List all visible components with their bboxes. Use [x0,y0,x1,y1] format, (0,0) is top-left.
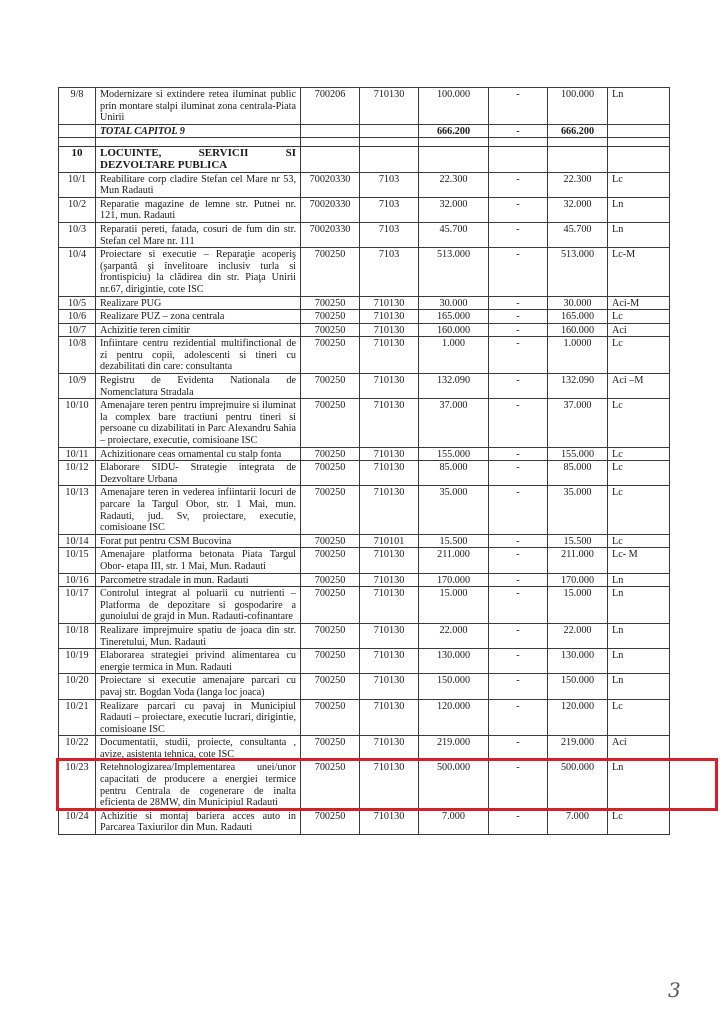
row-number [59,124,96,138]
row-other-value: - [489,374,548,399]
row-source [608,138,670,147]
row-description: Documentatii, studii, proiecte, consulta… [96,736,301,761]
row-total: 132.090 [548,374,608,399]
row-total: 211.000 [548,548,608,573]
row-value: 22.000 [419,623,489,648]
row-description: Achizitie si montaj bariera acces auto i… [96,809,301,834]
row-description: Amenajare teren in vederea infiintarii l… [96,486,301,534]
row-source: Ln [608,587,670,624]
row-other-value: - [489,587,548,624]
row-source: Aci [608,323,670,337]
row-number: 10/15 [59,548,96,573]
row-other-value: - [489,534,548,548]
row-other-value: - [489,461,548,486]
row-value [419,138,489,147]
row-other-value: - [489,222,548,247]
row-source: Lc [608,461,670,486]
row-description: Parcometre stradale in mun. Radauti [96,573,301,587]
row-code-1: 700250 [301,447,360,461]
row-number: 10/10 [59,399,96,447]
budget-table: 9/8Modernizare si extindere retea ilumin… [58,87,670,835]
row-code-1: 700250 [301,761,360,809]
row-total [548,138,608,147]
row-total: 150.000 [548,674,608,699]
row-code-1: 700250 [301,461,360,486]
row-code-1: 700250 [301,534,360,548]
row-value: 130.000 [419,649,489,674]
row-code-1: 700250 [301,587,360,624]
row-other-value: - [489,399,548,447]
row-source [608,147,670,172]
row-number: 10/11 [59,447,96,461]
row-source: Lc- M [608,548,670,573]
row-source: Lc [608,447,670,461]
row-source: Lc [608,534,670,548]
row-value: 22.300 [419,172,489,197]
row-number: 10/14 [59,534,96,548]
row-description: Proiectare si executie amenajare parcari… [96,674,301,699]
row-code-2: 7103 [360,197,419,222]
table-row: 9/8Modernizare si extindere retea ilumin… [59,88,670,125]
row-other-value: - [489,573,548,587]
row-total: 155.000 [548,447,608,461]
row-description: LOCUINTE, SERVICII SI DEZVOLTARE PUBLICA [96,147,301,172]
row-code-1 [301,147,360,172]
row-total: 7.000 [548,809,608,834]
row-source: Ln [608,573,670,587]
table-row: 10/2Reparatie magazine de lemne str. Put… [59,197,670,222]
row-other-value: - [489,623,548,648]
row-number: 10/2 [59,197,96,222]
row-code-2: 710130 [360,649,419,674]
row-description: Realizare PUZ – zona centrala [96,310,301,324]
row-number: 10/24 [59,809,96,834]
row-description: Forat put pentru CSM Bucovina [96,534,301,548]
row-total: 35.000 [548,486,608,534]
row-number: 9/8 [59,88,96,125]
row-source: Lc [608,337,670,374]
row-code-1: 70020330 [301,172,360,197]
row-code-2: 710130 [360,88,419,125]
row-description: Modernizare si extindere retea iluminat … [96,88,301,125]
row-code-2: 7103 [360,248,419,296]
table-row: 10/23Retehnologizarea/Implementarea unei… [59,761,670,809]
row-code-2: 710130 [360,699,419,736]
row-code-2: 710130 [360,296,419,310]
table-row: 10/15Amenajare platforma betonata Piata … [59,548,670,573]
row-total: 22.000 [548,623,608,648]
table-row: 10/11Achizitionare ceas ornamental cu st… [59,447,670,461]
row-source: Lc [608,699,670,736]
row-number: 10/18 [59,623,96,648]
row-number [59,138,96,147]
table-row: 10/7Achizitie teren cimitir7002507101301… [59,323,670,337]
row-other-value: - [489,548,548,573]
row-code-1: 700250 [301,736,360,761]
row-number: 10/22 [59,736,96,761]
row-code-1: 700250 [301,699,360,736]
row-number: 10/16 [59,573,96,587]
row-description: Achizitie teren cimitir [96,323,301,337]
row-number: 10/1 [59,172,96,197]
row-code-2: 710130 [360,809,419,834]
row-value: 500.000 [419,761,489,809]
row-total: 219.000 [548,736,608,761]
row-code-2: 7103 [360,172,419,197]
row-description: Realizare imprejmuire spatiu de joaca di… [96,623,301,648]
budget-table-body: 9/8Modernizare si extindere retea ilumin… [59,88,670,835]
row-code-2: 7103 [360,222,419,247]
row-description: Realizare parcari cu pavaj in Municipiul… [96,699,301,736]
row-total: 130.000 [548,649,608,674]
row-code-2: 710130 [360,399,419,447]
row-code-1 [301,124,360,138]
row-value: 45.700 [419,222,489,247]
row-value: 666.200 [419,124,489,138]
row-value: 15.500 [419,534,489,548]
table-row: 10/4Proiectare si executie – Reparaţie a… [59,248,670,296]
document-page: 9/8Modernizare si extindere retea ilumin… [0,0,725,1024]
row-value: 513.000 [419,248,489,296]
row-other-value: - [489,296,548,310]
row-code-2: 710130 [360,374,419,399]
table-row: 10/12Elaborare SIDU- Strategie integrata… [59,461,670,486]
row-number: 10/20 [59,674,96,699]
row-total: 1.0000 [548,337,608,374]
row-description: Achizitionare ceas ornamental cu stalp f… [96,447,301,461]
row-description: Amenajare teren pentru imprejmuire si il… [96,399,301,447]
row-number: 10/8 [59,337,96,374]
row-source: Aci –M [608,374,670,399]
row-value [419,147,489,172]
row-total: 666.200 [548,124,608,138]
row-description: Reparatie magazine de lemne str. Putnei … [96,197,301,222]
page-number: 3 [668,978,681,1002]
row-code-2: 710130 [360,548,419,573]
row-number: 10 [59,147,96,172]
row-code-1: 700250 [301,548,360,573]
row-code-2: 710130 [360,486,419,534]
table-row: 10/1Reabilitare corp cladire Stefan cel … [59,172,670,197]
row-code-2: 710130 [360,587,419,624]
chapter-row: 10LOCUINTE, SERVICII SI DEZVOLTARE PUBLI… [59,147,670,172]
row-source: Ln [608,674,670,699]
row-other-value: - [489,649,548,674]
row-description: Controlul integrat al poluarii cu nutrie… [96,587,301,624]
row-description: Registru de Evidenta Nationala de Nomenc… [96,374,301,399]
row-code-2: 710130 [360,461,419,486]
row-source: Lc [608,172,670,197]
row-value: 219.000 [419,736,489,761]
row-source: Ln [608,88,670,125]
row-description: Reabilitare corp cladire Stefan cel Mare… [96,172,301,197]
row-other-value: - [489,337,548,374]
row-total: 30.000 [548,296,608,310]
row-other-value: - [489,699,548,736]
row-code-2: 710130 [360,623,419,648]
row-total: 22.300 [548,172,608,197]
row-description: Amenajare platforma betonata Piata Targu… [96,548,301,573]
row-other-value: - [489,809,548,834]
row-value: 211.000 [419,548,489,573]
row-code-1: 700250 [301,310,360,324]
row-description: Retehnologizarea/Implementarea unei/unor… [96,761,301,809]
row-code-1: 700206 [301,88,360,125]
row-other-value: - [489,736,548,761]
row-total: 160.000 [548,323,608,337]
row-other-value: - [489,88,548,125]
row-other-value: - [489,761,548,809]
row-code-2: 710101 [360,534,419,548]
row-source: Lc [608,486,670,534]
row-total: 170.000 [548,573,608,587]
row-total: 15.500 [548,534,608,548]
row-total: 513.000 [548,248,608,296]
row-source: Ln [608,649,670,674]
row-number: 10/4 [59,248,96,296]
row-value: 165.000 [419,310,489,324]
row-code-2: 710130 [360,736,419,761]
row-number: 10/17 [59,587,96,624]
row-value: 35.000 [419,486,489,534]
row-total: 165.000 [548,310,608,324]
table-row: 10/8Infiintare centru rezidential multif… [59,337,670,374]
row-number: 10/23 [59,761,96,809]
table-row: 10/16Parcometre stradale in mun. Radauti… [59,573,670,587]
row-code-1: 700250 [301,573,360,587]
row-source: Ln [608,222,670,247]
row-total: 120.000 [548,699,608,736]
row-other-value: - [489,124,548,138]
row-code-2: 710130 [360,310,419,324]
row-code-2: 710130 [360,337,419,374]
row-source [608,124,670,138]
row-value: 85.000 [419,461,489,486]
row-value: 150.000 [419,674,489,699]
row-code-1: 700250 [301,809,360,834]
row-other-value: - [489,486,548,534]
row-source: Lc [608,399,670,447]
row-other-value [489,147,548,172]
row-value: 120.000 [419,699,489,736]
table-row: 10/17Controlul integrat al poluarii cu n… [59,587,670,624]
row-code-1: 700250 [301,623,360,648]
row-total: 85.000 [548,461,608,486]
row-value: 160.000 [419,323,489,337]
row-source: Ln [608,623,670,648]
row-other-value [489,138,548,147]
row-value: 100.000 [419,88,489,125]
row-code-2: 710130 [360,573,419,587]
row-total: 500.000 [548,761,608,809]
row-number: 10/6 [59,310,96,324]
row-code-1: 700250 [301,248,360,296]
row-description: Elaborarea strategiei privind alimentare… [96,649,301,674]
row-source: Aci-M [608,296,670,310]
row-number: 10/7 [59,323,96,337]
row-description: Elaborare SIDU- Strategie integrata de D… [96,461,301,486]
row-number: 10/3 [59,222,96,247]
row-code-2: 710130 [360,323,419,337]
row-total [548,147,608,172]
row-other-value: - [489,172,548,197]
row-description: Reparatii pereti, fatada, cosuri de fum … [96,222,301,247]
spacer-row [59,138,670,147]
row-number: 10/5 [59,296,96,310]
row-other-value: - [489,248,548,296]
row-other-value: - [489,197,548,222]
table-row: 10/19Elaborarea strategiei privind alime… [59,649,670,674]
table-row: 10/18Realizare imprejmuire spatiu de joa… [59,623,670,648]
row-code-1: 700250 [301,337,360,374]
table-row: 10/3Reparatii pereti, fatada, cosuri de … [59,222,670,247]
row-description [96,138,301,147]
row-code-2: 710130 [360,761,419,809]
row-source: Lc [608,809,670,834]
row-description: TOTAL CAPITOL 9 [96,124,301,138]
row-source: Ln [608,761,670,809]
row-number: 10/9 [59,374,96,399]
row-source: Lc-M [608,248,670,296]
row-number: 10/19 [59,649,96,674]
row-code-2 [360,138,419,147]
row-code-2: 710130 [360,447,419,461]
row-code-1: 700250 [301,486,360,534]
table-row: 10/20Proiectare si executie amenajare pa… [59,674,670,699]
row-description: Realizare PUG [96,296,301,310]
table-row: 10/24Achizitie si montaj bariera acces a… [59,809,670,834]
row-other-value: - [489,447,548,461]
row-value: 170.000 [419,573,489,587]
row-code-1: 700250 [301,674,360,699]
row-value: 15.000 [419,587,489,624]
row-other-value: - [489,310,548,324]
row-total: 45.700 [548,222,608,247]
row-code-1: 700250 [301,296,360,310]
row-total: 100.000 [548,88,608,125]
row-value: 32.000 [419,197,489,222]
row-total: 37.000 [548,399,608,447]
table-row: 10/5Realizare PUG70025071013030.000-30.0… [59,296,670,310]
row-number: 10/13 [59,486,96,534]
row-number: 10/12 [59,461,96,486]
table-row: 10/6Realizare PUZ – zona centrala7002507… [59,310,670,324]
row-code-1: 700250 [301,323,360,337]
row-value: 132.090 [419,374,489,399]
row-value: 7.000 [419,809,489,834]
row-total: 32.000 [548,197,608,222]
table-row: 10/21Realizare parcari cu pavaj in Munic… [59,699,670,736]
row-other-value: - [489,674,548,699]
row-value: 1.000 [419,337,489,374]
row-code-1 [301,138,360,147]
row-value: 30.000 [419,296,489,310]
table-row: 10/13Amenajare teren in vederea infiinta… [59,486,670,534]
row-code-1: 700250 [301,374,360,399]
row-value: 37.000 [419,399,489,447]
row-source: Aci [608,736,670,761]
table-row: 10/22Documentatii, studii, proiecte, con… [59,736,670,761]
row-number: 10/21 [59,699,96,736]
row-source: Lc [608,310,670,324]
row-code-2: 710130 [360,674,419,699]
total-row: TOTAL CAPITOL 9666.200-666.200 [59,124,670,138]
row-description: Proiectare si executie – Reparaţie acope… [96,248,301,296]
row-value: 155.000 [419,447,489,461]
row-code-2 [360,147,419,172]
row-description: Infiintare centru rezidential multifinct… [96,337,301,374]
row-code-1: 700250 [301,399,360,447]
row-code-1: 70020330 [301,222,360,247]
row-other-value: - [489,323,548,337]
row-code-1: 700250 [301,649,360,674]
row-code-1: 70020330 [301,197,360,222]
table-row: 10/14Forat put pentru CSM Bucovina700250… [59,534,670,548]
row-code-2 [360,124,419,138]
row-source: Ln [608,197,670,222]
row-total: 15.000 [548,587,608,624]
table-row: 10/10Amenajare teren pentru imprejmuire … [59,399,670,447]
table-row: 10/9Registru de Evidenta Nationala de No… [59,374,670,399]
